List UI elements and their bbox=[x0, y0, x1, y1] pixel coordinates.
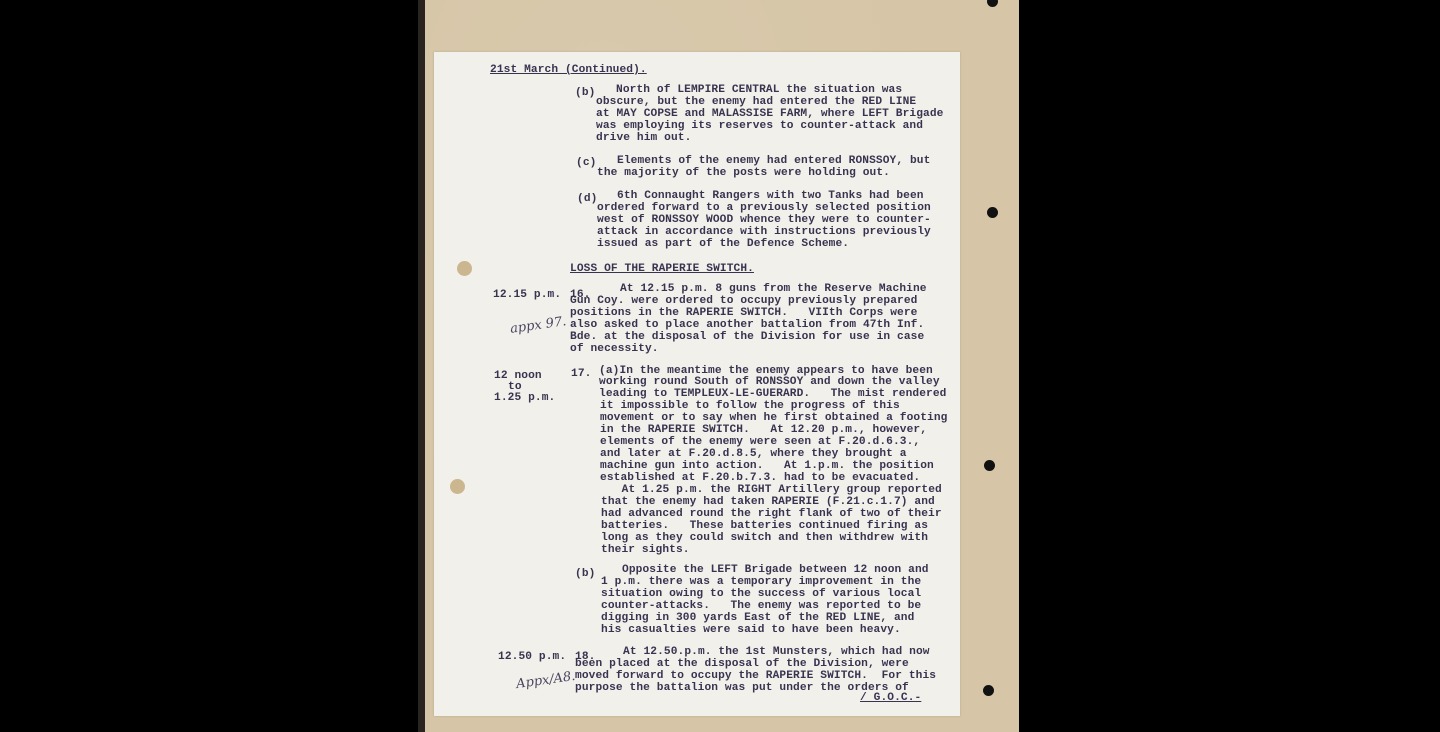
para-line: issued as part of the Defence Scheme. bbox=[597, 239, 849, 251]
entry-line: their sights. bbox=[601, 545, 690, 557]
para-line: drive him out. bbox=[596, 133, 691, 145]
para-label: (d) bbox=[577, 194, 597, 206]
para-line: the majority of the posts were holding o… bbox=[597, 168, 890, 180]
binder-hole bbox=[984, 460, 995, 471]
board-edge bbox=[418, 0, 425, 732]
entry-line: his casualties were said to have been he… bbox=[601, 625, 901, 637]
binder-hole bbox=[987, 207, 998, 218]
entry-line: of necessity. bbox=[570, 344, 659, 356]
entry-time: 12.15 p.m. bbox=[493, 290, 561, 302]
para-label: (b) bbox=[575, 88, 595, 100]
punch-hole bbox=[457, 261, 472, 276]
binder-hole bbox=[983, 685, 994, 696]
entry-line: purpose the battalion was put under the … bbox=[575, 683, 909, 695]
para-label: (c) bbox=[576, 158, 596, 170]
section-heading: LOSS OF THE RAPERIE SWITCH. bbox=[570, 264, 754, 276]
entry-time: 12.50 p.m. bbox=[498, 652, 566, 664]
entry-number: 17. bbox=[571, 369, 591, 381]
continuation-marker: / G.O.C.- bbox=[860, 693, 921, 705]
para-label: (b) bbox=[575, 569, 595, 581]
page-heading: 21st March (Continued). bbox=[490, 65, 647, 77]
punch-hole bbox=[450, 479, 465, 494]
entry-time: 1.25 p.m. bbox=[494, 393, 555, 405]
